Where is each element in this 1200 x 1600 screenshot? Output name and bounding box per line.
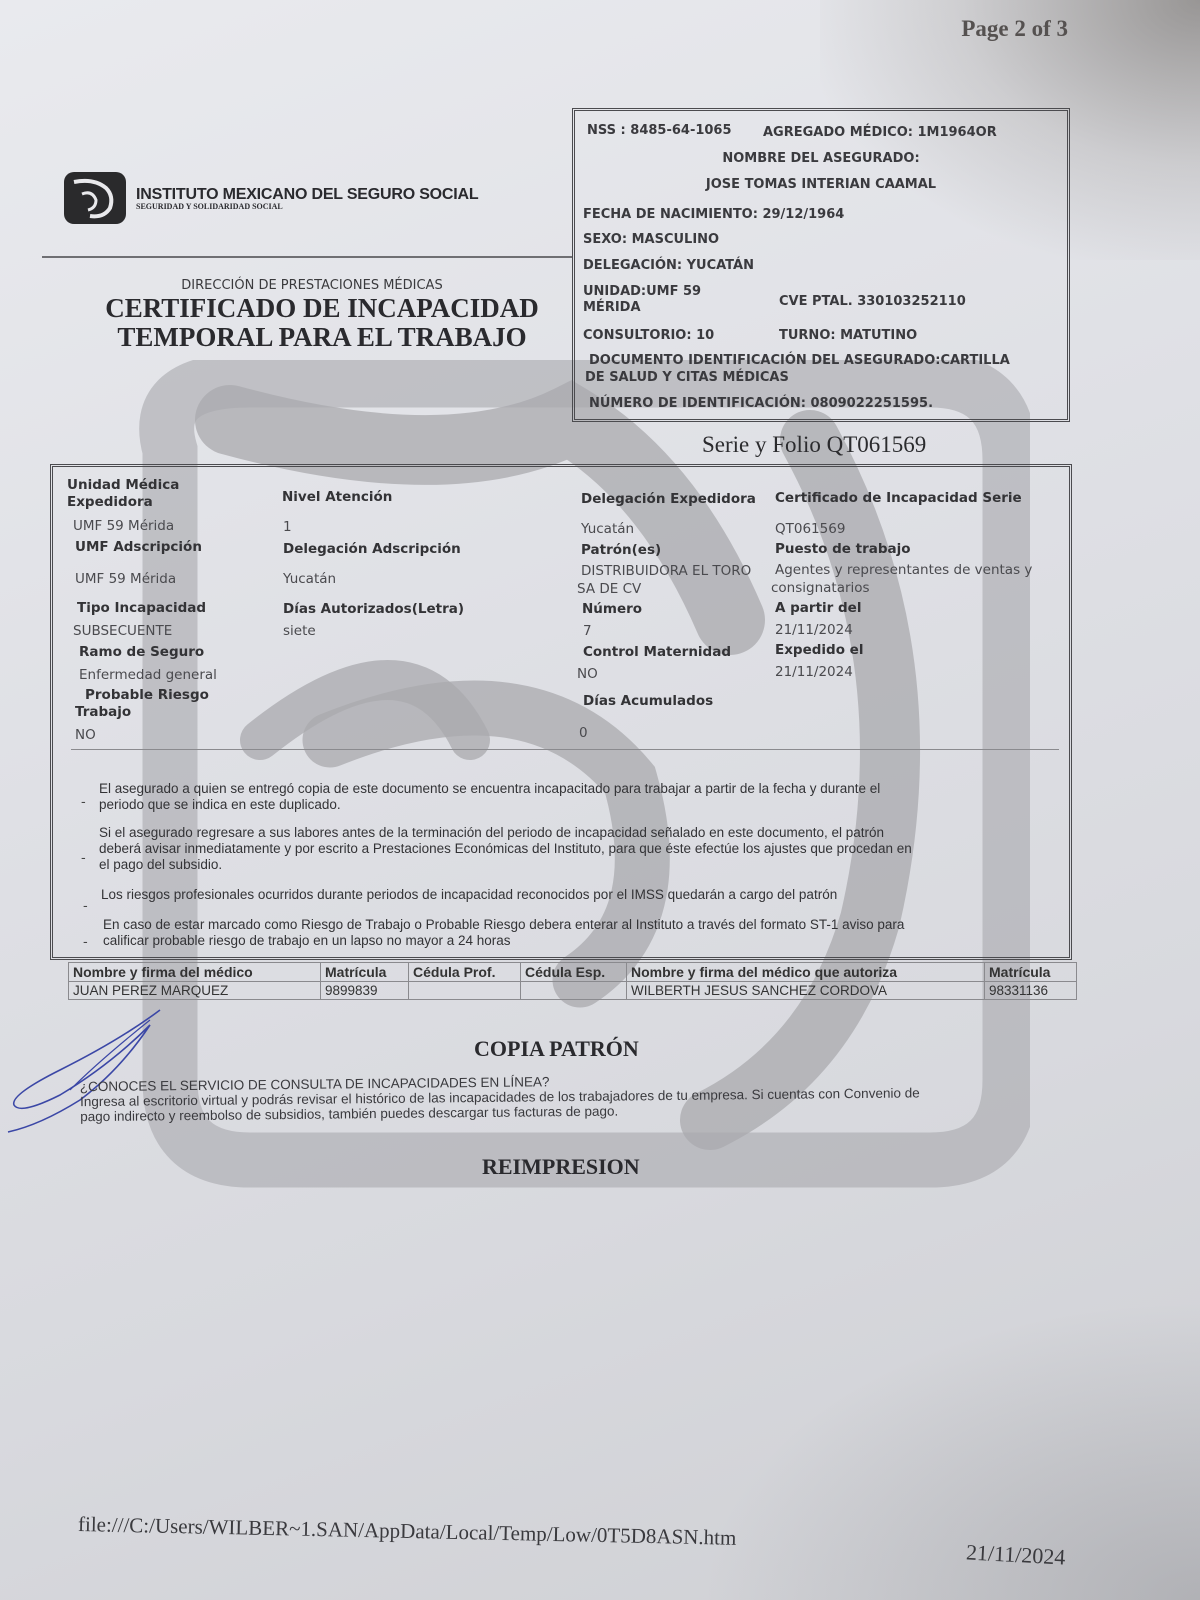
control-maternidad-label: Control Maternidad bbox=[583, 644, 731, 661]
notice-2: Si el asegurado regresare a sus labores … bbox=[99, 825, 912, 873]
dias-autorizados-value: siete bbox=[283, 623, 316, 639]
title-line-1: CERTIFICADO DE INCAPACIDAD bbox=[42, 294, 602, 323]
bullet-dash: - bbox=[83, 935, 88, 950]
delegacion-expedidora-label: Delegación Expedidora bbox=[581, 491, 756, 508]
a-partir-value: 21/11/2024 bbox=[775, 622, 853, 638]
cell-medico-nombre: JUAN PEREZ MARQUEZ bbox=[69, 982, 321, 1000]
bullet-dash: - bbox=[81, 851, 86, 866]
umf-adscripcion-label: UMF Adscripción bbox=[75, 539, 202, 556]
patron-line-2: SA DE CV bbox=[577, 581, 641, 597]
certificado-serie-value: QT061569 bbox=[775, 521, 845, 537]
delegacion-expedidora-value: Yucatán bbox=[581, 521, 634, 537]
ramo-seguro-value: Enfermedad general bbox=[79, 667, 217, 683]
imss-eagle-icon bbox=[64, 172, 126, 224]
delegacion: DELEGACIÓN: YUCATÁN bbox=[583, 258, 754, 273]
unidad-medica-value: UMF 59 Mérida bbox=[73, 518, 174, 534]
notice-3: Los riesgos profesionales ocurridos dura… bbox=[101, 887, 837, 903]
header-nombre-medico: Nombre y firma del médico bbox=[69, 963, 321, 982]
dias-autorizados-label: Días Autorizados(Letra) bbox=[283, 601, 464, 618]
header-divider bbox=[42, 256, 572, 258]
cell-medico-autoriza: WILBERTH JESUS SANCHEZ CORDOVA bbox=[627, 982, 985, 1000]
consulta-info: ¿CONOCES EL SERVICIO DE CONSULTA DE INCA… bbox=[80, 1069, 1070, 1124]
print-file-path: file:///C:/Users/WILBER~1.SAN/AppData/Lo… bbox=[78, 1512, 737, 1551]
certificate-details-box: Unidad Médica Expedidora UMF 59 Mérida U… bbox=[50, 464, 1072, 960]
doctors-table: Nombre y firma del médico Matrícula Cédu… bbox=[68, 962, 1077, 1000]
table-header-row: Nombre y firma del médico Matrícula Cédu… bbox=[69, 963, 1077, 982]
header-medico-autoriza: Nombre y firma del médico que autoriza bbox=[627, 963, 985, 982]
puesto-line-2: consignatarios bbox=[771, 580, 870, 596]
reimpresion-heading: REIMPRESION bbox=[482, 1154, 640, 1180]
numero-label: Número bbox=[582, 601, 642, 618]
nss: NSS : 8485-64-1065 bbox=[587, 123, 732, 138]
documento-line-2: DE SALUD Y CITAS MÉDICAS bbox=[585, 370, 789, 385]
riesgo-label-line-1: Probable Riesgo bbox=[85, 687, 209, 704]
numero-identificacion: NÚMERO DE IDENTIFICACIÓN: 0809022251595. bbox=[589, 396, 933, 411]
nombre-asegurado: JOSE TOMAS INTERIAN CAAMAL bbox=[575, 177, 1067, 192]
documento-line-1: DOCUMENTO IDENTIFICACIÓN DEL ASEGURADO:C… bbox=[589, 353, 1010, 368]
patron-label: Patrón(es) bbox=[581, 542, 661, 559]
certificado-serie-label: Certificado de Incapacidad Serie bbox=[775, 490, 1022, 507]
section-divider bbox=[71, 749, 1059, 750]
photo-shadow-bottom bbox=[700, 1300, 1200, 1600]
imss-logo: INSTITUTO MEXICANO DEL SEGURO SOCIAL SEG… bbox=[64, 172, 478, 224]
tipo-incapacidad-value: SUBSECUENTE bbox=[73, 623, 172, 639]
tipo-incapacidad-label: Tipo Incapacidad bbox=[77, 600, 206, 617]
page-indicator: Page 2 of 3 bbox=[961, 16, 1068, 42]
cve-ptal: CVE PTAL. 330103252110 bbox=[779, 294, 966, 309]
turno: TURNO: MATUTINO bbox=[779, 328, 917, 343]
header-cedula-prof: Cédula Prof. bbox=[409, 963, 521, 982]
numero-value: 7 bbox=[583, 623, 592, 639]
bullet-dash: - bbox=[83, 899, 88, 914]
direccion-label: DIRECCIÓN DE PRESTACIONES MÉDICAS bbox=[42, 278, 582, 293]
bullet-dash: - bbox=[81, 795, 86, 810]
table-row: JUAN PEREZ MARQUEZ 9899839 WILBERTH JESU… bbox=[69, 982, 1077, 1000]
cell-matricula: 9899839 bbox=[321, 982, 409, 1000]
riesgo-value: NO bbox=[75, 727, 96, 743]
expedido-value: 21/11/2024 bbox=[775, 664, 853, 680]
cell-matricula-autoriza: 98331136 bbox=[985, 982, 1077, 1000]
patient-info-box: NSS : 8485-64-1065 AGREGADO MÉDICO: 1M19… bbox=[572, 108, 1070, 422]
copia-patron-heading: COPIA PATRÓN bbox=[474, 1036, 639, 1062]
dias-acumulados-label: Días Acumulados bbox=[583, 693, 713, 710]
header-matricula-autoriza: Matrícula bbox=[985, 963, 1077, 982]
unidad-medica-label: Unidad Médica Expedidora bbox=[67, 477, 217, 511]
sexo: SEXO: MASCULINO bbox=[583, 232, 719, 247]
puesto-line-1: Agentes y representantes de ventas y bbox=[775, 562, 1032, 578]
nivel-atencion-label: Nivel Atención bbox=[282, 489, 392, 506]
notice-4: En caso de estar marcado como Riesgo de … bbox=[103, 917, 904, 949]
institution-name: INSTITUTO MEXICANO DEL SEGURO SOCIAL bbox=[136, 186, 478, 204]
nombre-label: NOMBRE DEL ASEGURADO: bbox=[575, 151, 1067, 166]
notice-1: El asegurado a quien se entregó copia de… bbox=[99, 781, 880, 813]
nivel-atencion-value: 1 bbox=[283, 519, 292, 535]
document-title: CERTIFICADO DE INCAPACIDAD TEMPORAL PARA… bbox=[42, 294, 602, 352]
header-cedula-esp: Cédula Esp. bbox=[521, 963, 627, 982]
puesto-trabajo-label: Puesto de trabajo bbox=[775, 541, 911, 558]
ramo-seguro-label: Ramo de Seguro bbox=[79, 644, 204, 661]
unidad-line-2: MÉRIDA bbox=[583, 300, 641, 315]
riesgo-label-line-2: Trabajo bbox=[75, 704, 131, 721]
header-matricula: Matrícula bbox=[321, 963, 409, 982]
print-date: 21/11/2024 bbox=[965, 1539, 1066, 1570]
control-maternidad-value: NO bbox=[577, 666, 598, 682]
fecha-nacimiento: FECHA DE NACIMIENTO: 29/12/1964 bbox=[583, 207, 844, 222]
delegacion-adscripcion-value: Yucatán bbox=[283, 571, 336, 587]
serie-folio: Serie y Folio QT061569 bbox=[702, 432, 926, 458]
title-line-2: TEMPORAL PARA EL TRABAJO bbox=[42, 323, 602, 352]
umf-adscripcion-value: UMF 59 Mérida bbox=[75, 571, 176, 587]
delegacion-adscripcion-label: Delegación Adscripción bbox=[283, 541, 461, 558]
unidad-line-1: UNIDAD:UMF 59 bbox=[583, 284, 701, 299]
agregado-medico: AGREGADO MÉDICO: 1M1964OR bbox=[763, 125, 997, 140]
consultorio: CONSULTORIO: 10 bbox=[583, 328, 714, 343]
patron-line-1: DISTRIBUIDORA EL TORO bbox=[581, 563, 751, 579]
cell-cedula-esp bbox=[521, 982, 627, 1000]
expedido-label: Expedido el bbox=[775, 642, 863, 659]
cell-cedula-prof bbox=[409, 982, 521, 1000]
dias-acumulados-value: 0 bbox=[579, 725, 588, 741]
a-partir-label: A partir del bbox=[775, 600, 861, 617]
